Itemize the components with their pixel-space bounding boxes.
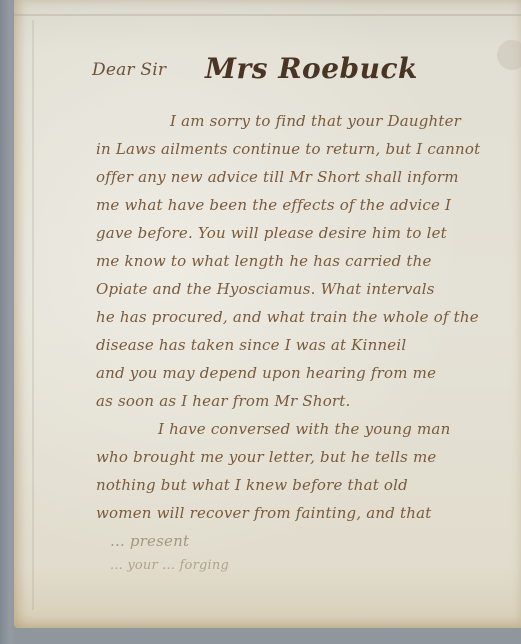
letter-line: me what have been the effects of the adv…	[96, 196, 451, 214]
letter-line-faded: ... your ... forging	[110, 558, 229, 573]
salutation: Dear Sir	[92, 60, 166, 80]
letter-line: as soon as I hear from Mr Short.	[96, 392, 351, 410]
letter-line: disease has taken since I was at Kinneil	[96, 336, 406, 354]
letter-body: Dear Sir Mrs Roebuck I am sorry to find …	[0, 0, 521, 644]
letter-line: I have conversed with the young man	[158, 420, 450, 438]
letter-line: offer any new advice till Mr Short shall…	[96, 168, 459, 186]
letter-line: nothing but what I knew before that old	[96, 476, 408, 494]
letter-line: he has procured, and what train the whol…	[96, 308, 479, 326]
letter-line: me know to what length he has carried th…	[96, 252, 432, 270]
letter-line: and you may depend upon hearing from me	[96, 364, 436, 382]
letter-line: gave before. You will please desire him …	[96, 224, 447, 242]
letter-line-faded: ... present	[110, 532, 189, 550]
addressee-name: Mrs Roebuck	[205, 52, 418, 85]
letter-line: I am sorry to find that your Daughter	[170, 112, 461, 130]
letter-line: Opiate and the Hyosciamus. What interval…	[96, 280, 435, 298]
letter-line: women will recover from fainting, and th…	[96, 504, 432, 522]
letter-line: who brought me your letter, but he tells…	[96, 448, 437, 466]
letter-line: in Laws ailments continue to return, but…	[96, 140, 480, 158]
